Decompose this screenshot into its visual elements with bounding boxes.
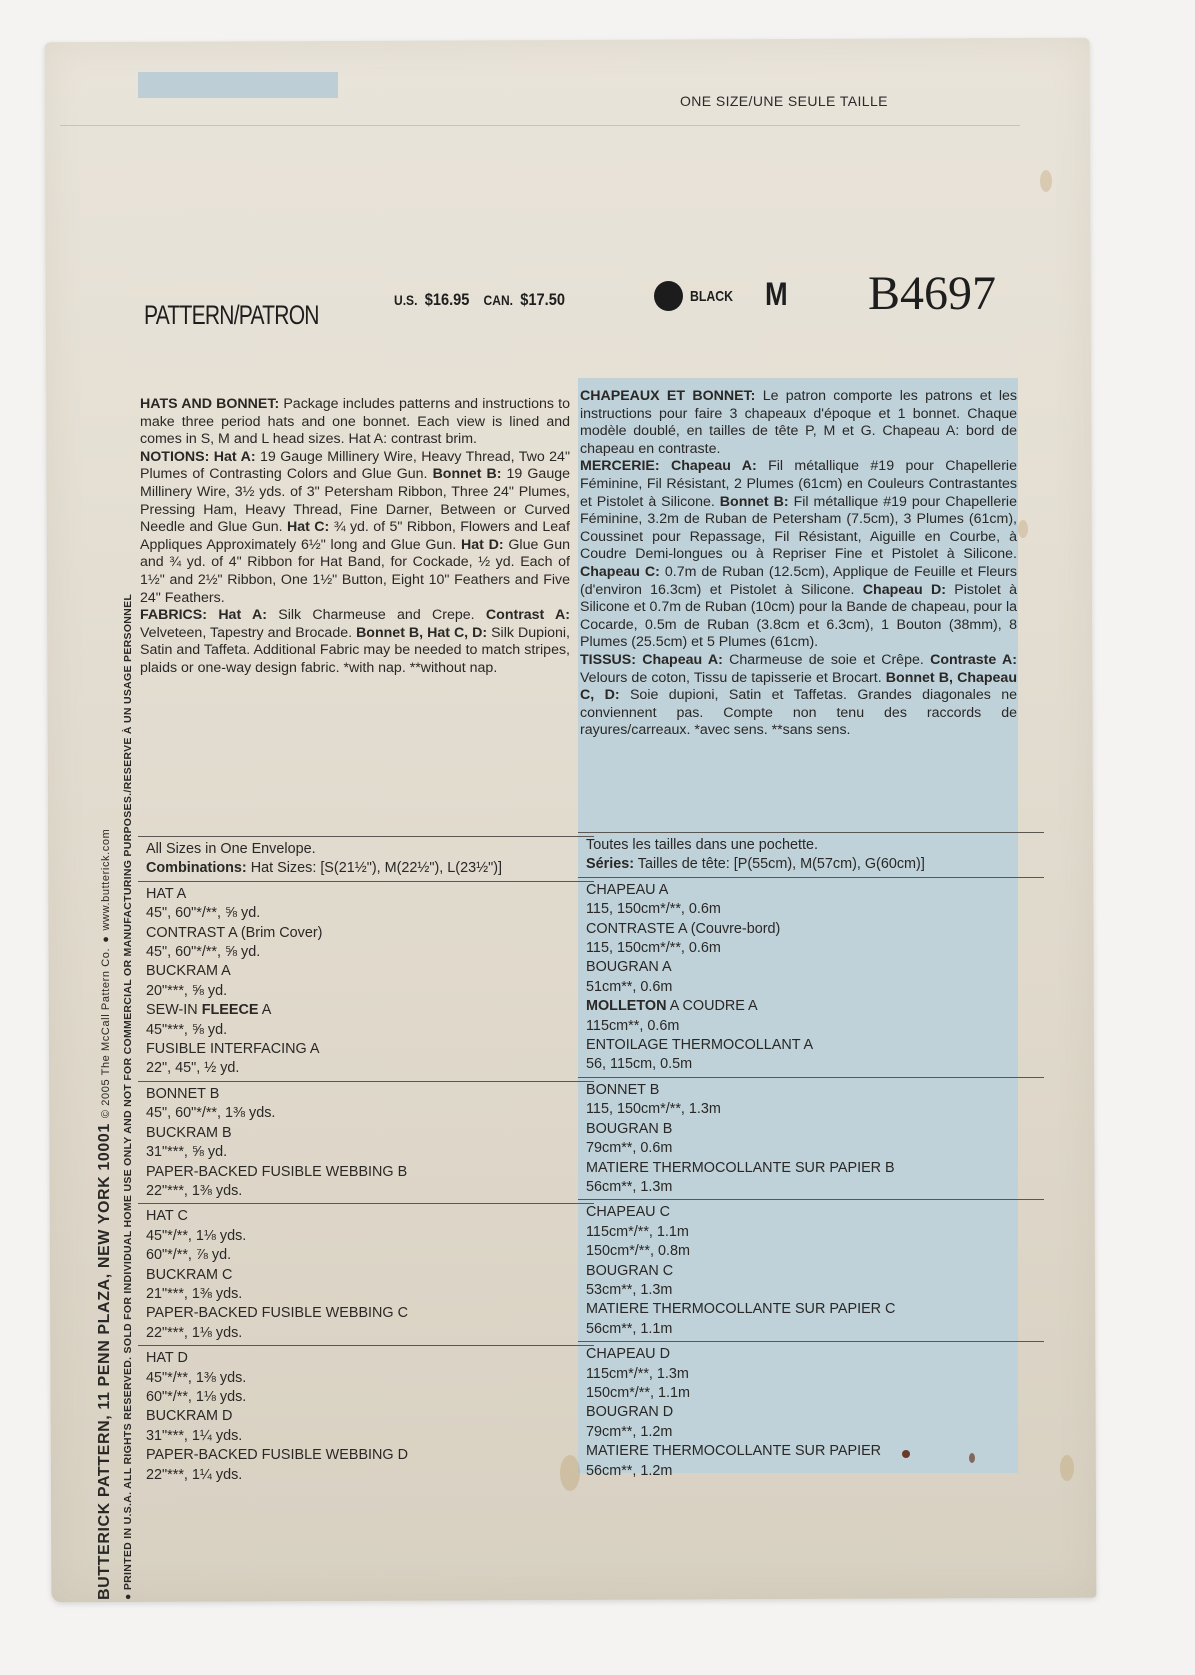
english-fabrics: FABRICS: Hat A: Silk Charmeuse and Crepe…: [140, 607, 570, 677]
legal-notice-text: PRINTED IN U.S.A. ALL RIGHTS RESERVED. S…: [122, 594, 134, 1590]
yardage-line: 45", 60"*/**, ⅝ yd.: [146, 943, 586, 962]
yardage-line: PAPER-BACKED FUSIBLE WEBBING D: [146, 1446, 586, 1465]
yardage-line: MATIERE THERMOCOLLANTE SUR PAPIER C: [586, 1300, 1036, 1319]
pattern-label: PATTERN/PATRON: [144, 300, 319, 331]
fabrics-hat-a-head: Hat A:: [218, 607, 267, 623]
yardage-line: 115cm*/**, 1.1m: [586, 1223, 1036, 1242]
yardage-group: HAT A45", 60"*/**, ⅝ yd.CONTRAST A (Brim…: [146, 885, 586, 1079]
yardage-line: 45", 60"*/**, ⅝ yd.: [146, 904, 586, 923]
yardage-line: BOUGRAN D: [586, 1403, 1036, 1422]
yardage-line: 22", 45", ½ yd.: [146, 1059, 586, 1078]
heading-notions: NOTIONS:: [140, 449, 209, 465]
yardage-group: HAT D45"*/**, 1⅜ yds.60"*/**, 1⅛ yds.BUC…: [146, 1349, 586, 1485]
yardage-view-title: CHAPEAU A: [586, 881, 1036, 900]
yardage-line: 56cm**, 1.1m: [586, 1320, 1036, 1339]
divider: [578, 1077, 1044, 1078]
yardage-line: 56, 115cm, 0.5m: [586, 1055, 1036, 1074]
series-sizes: Tailles de tête: [P(55cm), M(57cm), G(60…: [638, 856, 925, 872]
yardage-view-title: CHAPEAU C: [586, 1203, 1036, 1222]
divider: [578, 1199, 1044, 1200]
yardage-line: 31"***, 1¼ yds.: [146, 1427, 586, 1446]
yardage-line: 56cm**, 1.3m: [586, 1178, 1036, 1197]
yardage-line: 31"***, ⅝ yd.: [146, 1143, 586, 1162]
french-mercerie: MERCERIE: Chapeau A: Fil métallique #19 …: [580, 458, 1017, 652]
tissus-a: Charmeuse de soie et Crêpe.: [729, 652, 924, 668]
french-yardage-chart: Toutes les tailles dans une pochette. Sé…: [586, 830, 1036, 1481]
french-description: CHAPEAUX ET BONNET: Le patron comporte l…: [580, 388, 1017, 740]
yardage-view-title: BONNET B: [146, 1085, 586, 1104]
all-sizes-note: All Sizes in One Envelope.: [146, 840, 586, 859]
french-tissus: TISSUS: Chapeau A: Charmeuse de soie et …: [580, 652, 1017, 740]
fabrics-contrast-head: Contrast A:: [486, 607, 570, 623]
price-us: $16.95: [425, 290, 470, 309]
yardage-line: BOUGRAN B: [586, 1120, 1036, 1139]
yardage-line: 150cm*/**, 0.8m: [586, 1242, 1036, 1261]
envelope-flap-fold: [60, 125, 1020, 126]
yardage-line: 115cm*/**, 1.3m: [586, 1365, 1036, 1384]
heading-hats-and-bonnet: HATS AND BONNET:: [140, 396, 279, 412]
yardage-line: 150cm*/**, 1.1m: [586, 1384, 1036, 1403]
yardage-line: MOLLETON A COUDRE A: [586, 997, 1036, 1016]
mercerie-c-head: Chapeau C:: [580, 564, 660, 580]
legal-notice: ● PRINTED IN U.S.A. ALL RIGHTS RESERVED.…: [122, 594, 134, 1600]
series-head: Séries:: [586, 856, 634, 872]
yardage-line: 45"***, ⅝ yd.: [146, 1021, 586, 1040]
notions-hat-c-head: Hat C:: [287, 519, 329, 535]
mercerie-b-head: Bonnet B:: [720, 494, 789, 510]
divider: [138, 836, 594, 837]
yardage-line: MATIERE THERMOCOLLANTE SUR PAPIER B: [586, 1159, 1036, 1178]
yardage-line: 22"***, 1¼ yds.: [146, 1466, 586, 1485]
yardage-line: 45", 60"*/**, 1⅜ yds.: [146, 1104, 586, 1123]
yardage-line: 22"***, 1⅜ yds.: [146, 1182, 586, 1201]
yardage-line: PAPER-BACKED FUSIBLE WEBBING C: [146, 1304, 586, 1323]
tissus-contrast: Velours de coton, Tissu de tapisserie et…: [580, 670, 882, 686]
yardage-line: 53cm**, 1.3m: [586, 1281, 1036, 1300]
yardage-line: 79cm**, 0.6m: [586, 1139, 1036, 1158]
yardage-group: HAT C45"*/**, 1⅛ yds.60"*/**, ⅞ yd.BUCKR…: [146, 1207, 586, 1343]
yardage-group: CHAPEAU A115, 150cm*/**, 0.6mCONTRASTE A…: [586, 881, 1036, 1075]
color-label: BLACK: [690, 288, 733, 305]
heading-tissus: TISSUS:: [580, 652, 636, 668]
price-can: $17.50: [520, 290, 565, 309]
price-line: U.S. $16.95 CAN. $17.50: [394, 290, 575, 310]
tissus-bcd: Soie dupioni, Satin et Taffetas. Grandes…: [580, 687, 1017, 738]
stain-mark: [969, 1453, 975, 1463]
yardage-line: 115cm**, 0.6m: [586, 1017, 1036, 1036]
series-line: Séries: Tailles de tête: [P(55cm), M(57c…: [586, 855, 1036, 874]
english-yardage-groups: HAT A45", 60"*/**, ⅝ yd.CONTRAST A (Brim…: [146, 885, 586, 1485]
yardage-view-title: HAT C: [146, 1207, 586, 1226]
yardage-line: BUCKRAM D: [146, 1407, 586, 1426]
notions-bonnet-b-head: Bonnet B:: [433, 466, 502, 482]
yardage-line: CONTRAST A (Brim Cover): [146, 924, 586, 943]
mercerie-d-head: Chapeau D:: [863, 582, 946, 598]
black-dot-icon: [654, 281, 683, 311]
yardage-line: FUSIBLE INTERFACING A: [146, 1040, 586, 1059]
notions-hat-d-head: Hat D:: [461, 537, 504, 553]
yardage-line: 45"*/**, 1⅜ yds.: [146, 1369, 586, 1388]
size-code: M: [765, 276, 788, 313]
fabrics-contrast: Velveteen, Tapestry and Brocade.: [140, 625, 352, 641]
divider: [578, 832, 1044, 833]
yardage-line: 45"*/**, 1⅛ yds.: [146, 1227, 586, 1246]
yardage-line: BUCKRAM B: [146, 1124, 586, 1143]
yardage-line: 60"*/**, ⅞ yd.: [146, 1246, 586, 1265]
stain-mark: [1018, 520, 1028, 538]
website-url: www.butterick.com: [100, 829, 112, 931]
mercerie-a-head: Chapeau A:: [671, 458, 757, 474]
yardage-line: BOUGRAN A: [586, 958, 1036, 977]
yardage-line: BOUGRAN C: [586, 1262, 1036, 1281]
yardage-line: CONTRASTE A (Couvre-bord): [586, 920, 1036, 939]
combinations-line: Combinations: Hat Sizes: [S(21½"), M(22½…: [146, 859, 586, 878]
notions-hat-a-head: Hat A:: [214, 449, 256, 465]
yardage-line: PAPER-BACKED FUSIBLE WEBBING B: [146, 1163, 586, 1182]
divider: [138, 881, 594, 882]
heading-mercerie: MERCERIE:: [580, 458, 660, 474]
combinations-sizes: Hat Sizes: [S(21½"), M(22½"), L(23½")]: [251, 860, 502, 876]
yardage-line: BUCKRAM C: [146, 1266, 586, 1285]
bullet-icon: ●: [100, 936, 112, 943]
yardage-line: 115, 150cm*/**, 0.6m: [586, 939, 1036, 958]
pattern-number: B4697: [868, 266, 996, 321]
yardage-line: ENTOILAGE THERMOCOLLANT A: [586, 1036, 1036, 1055]
bullet-icon: ●: [122, 1590, 134, 1600]
publisher-address: BUTTERICK PATTERN, 11 PENN PLAZA, NEW YO…: [96, 829, 114, 1600]
yardage-line: 79cm**, 1.2m: [586, 1423, 1036, 1442]
stain-mark: [560, 1455, 580, 1491]
yardage-line: 22"***, 1⅛ yds.: [146, 1324, 586, 1343]
english-intro: HATS AND BONNET: Package includes patter…: [140, 396, 570, 449]
stain-mark: [1060, 1455, 1074, 1481]
fabrics-bcd-head: Bonnet B, Hat C, D:: [356, 625, 487, 641]
french-intro: CHAPEAUX ET BONNET: Le patron comporte l…: [580, 388, 1017, 458]
fabrics-hat-a: Silk Charmeuse and Crepe.: [278, 607, 474, 623]
heading-fabrics: FABRICS:: [140, 607, 207, 623]
yardage-view-title: HAT A: [146, 885, 586, 904]
stain-mark: [1040, 170, 1052, 192]
price-can-label: CAN.: [484, 292, 513, 308]
combinations-head: Combinations:: [146, 860, 247, 876]
divider: [578, 877, 1044, 878]
yardage-line: 56cm**, 1.2m: [586, 1462, 1036, 1481]
divider: [138, 1081, 594, 1082]
french-yardage-groups: CHAPEAU A115, 150cm*/**, 0.6mCONTRASTE A…: [586, 881, 1036, 1481]
yardage-line: 60"*/**, 1⅛ yds.: [146, 1388, 586, 1407]
divider: [138, 1203, 594, 1204]
heading-chapeaux-et-bonnet: CHAPEAUX ET BONNET:: [580, 388, 755, 404]
yardage-group: BONNET B45", 60"*/**, 1⅜ yds.BUCKRAM B31…: [146, 1085, 586, 1201]
yardage-line: 115, 150cm*/**, 1.3m: [586, 1100, 1036, 1119]
yardage-line: SEW-IN FLEECE A: [146, 1001, 586, 1020]
yardage-line: BUCKRAM A: [146, 962, 586, 981]
tissus-contrast-head: Contraste A:: [930, 652, 1017, 668]
yardage-group: BONNET B115, 150cm*/**, 1.3mBOUGRAN B79c…: [586, 1081, 1036, 1197]
yardage-line: 115, 150cm*/**, 0.6m: [586, 900, 1036, 919]
stain-mark: [902, 1450, 910, 1458]
price-us-label: U.S.: [394, 292, 417, 308]
tissus-a-head: Chapeau A:: [642, 652, 723, 668]
flap-blue-strip: [138, 72, 338, 98]
english-notions: NOTIONS: Hat A: 19 Gauge Millinery Wire,…: [140, 449, 570, 607]
yardage-view-title: HAT D: [146, 1349, 586, 1368]
yardage-line: 20"***, ⅝ yd.: [146, 982, 586, 1001]
toutes-tailles-note: Toutes les tailles dans une pochette.: [586, 836, 1036, 855]
yardage-group: CHAPEAU C115cm*/**, 1.1m150cm*/**, 0.8mB…: [586, 1203, 1036, 1339]
publisher-address-text: BUTTERICK PATTERN, 11 PENN PLAZA, NEW YO…: [96, 1123, 113, 1600]
yardage-line: 51cm**, 0.6m: [586, 978, 1036, 997]
yardage-view-title: CHAPEAU D: [586, 1345, 1036, 1364]
english-description: HATS AND BONNET: Package includes patter…: [140, 396, 570, 678]
english-yardage-chart: All Sizes in One Envelope. Combinations:…: [146, 834, 586, 1485]
divider: [138, 1345, 594, 1346]
one-size-label: ONE SIZE/UNE SEULE TAILLE: [680, 93, 888, 109]
copyright-text: © 2005 The McCall Pattern Co.: [100, 948, 112, 1118]
yardage-line: 21"***, 1⅜ yds.: [146, 1285, 586, 1304]
yardage-view-title: BONNET B: [586, 1081, 1036, 1100]
divider: [578, 1341, 1044, 1342]
